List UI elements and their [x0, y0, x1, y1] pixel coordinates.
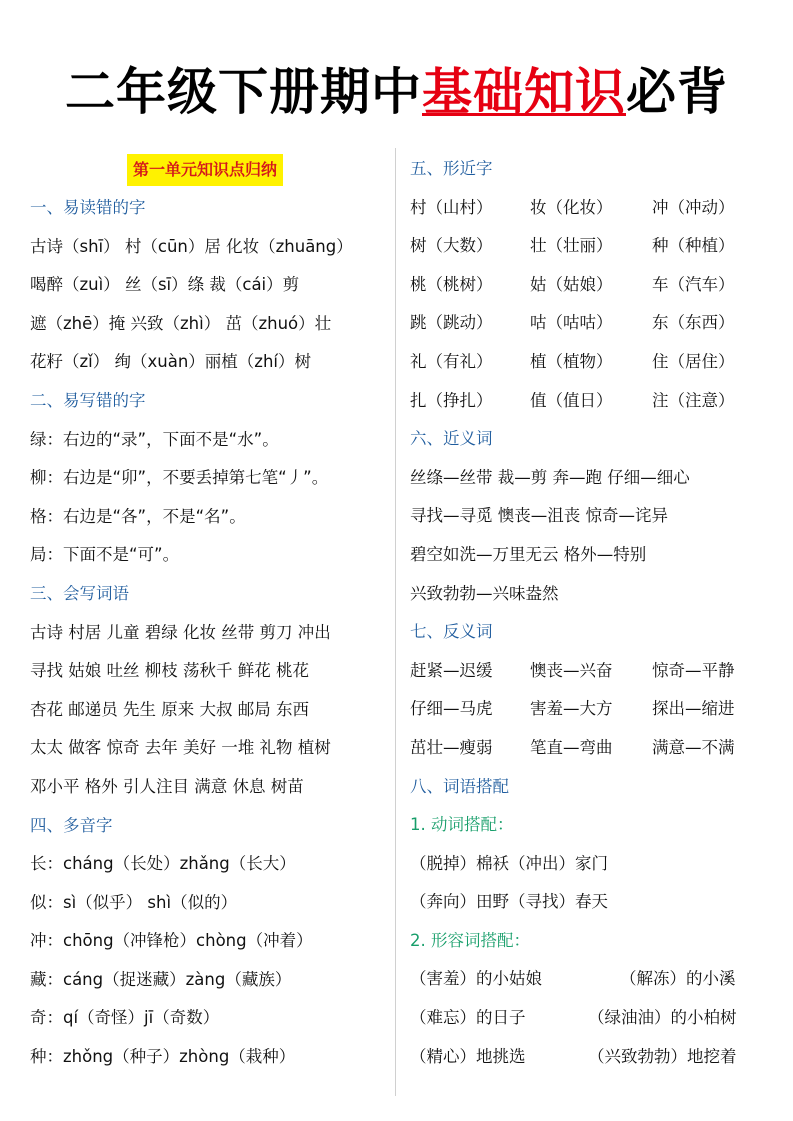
list-item: 寻找—寻觅 懊丧—沮丧 惊奇—诧异 — [410, 497, 780, 536]
cell: 壮（壮丽） — [530, 227, 652, 266]
section-heading: 一、易读错的字 — [30, 189, 385, 228]
list-item: 兴致勃勃—兴味盎然 — [410, 575, 780, 614]
title-part2: 必背 — [626, 63, 728, 121]
cell: 跳（跳动） — [410, 304, 530, 343]
cell: 探出—缩进 — [652, 690, 772, 729]
table-row: 桃（桃树）姑（姑娘）车（汽车） — [410, 266, 780, 305]
cell: 值（值日） — [530, 382, 652, 421]
list-item: （脱掉）棉袄（冲出）家门 — [410, 845, 780, 884]
cell: 树（大数） — [410, 227, 530, 266]
page-title: 二年级下册期中基础知识必背 — [0, 62, 793, 122]
cell: 植（植物） — [530, 343, 652, 382]
cell: 礼（有礼） — [410, 343, 530, 382]
list-item: 局：下面不是“可”。 — [30, 536, 385, 575]
cell: 害羞—大方 — [530, 690, 652, 729]
table-row: 礼（有礼）植（植物）住（居住） — [410, 343, 780, 382]
cell: 茁壮—瘦弱 — [410, 729, 530, 768]
list-item: 藏：cáng（捉迷藏）zàng（藏族） — [30, 961, 385, 1000]
cell: （害羞）的小姑娘 — [410, 960, 620, 999]
column-divider — [395, 148, 396, 1096]
cell: （兴致勃勃）地挖着 — [588, 1038, 737, 1077]
cell: 笔直—弯曲 — [530, 729, 652, 768]
cell: （精心）地挑选 — [410, 1038, 588, 1077]
table-row: 仔细—马虎害羞—大方探出—缩进 — [410, 690, 780, 729]
list-item: 杏花 邮递员 先生 原来 大叔 邮局 东西 — [30, 691, 385, 730]
table-row: 村（山村）妆（化妆）冲（冲动） — [410, 189, 780, 228]
list-item: 种：zhǒng（种子）zhòng（栽种） — [30, 1038, 385, 1077]
cell: 东（东西） — [652, 304, 772, 343]
section-heading: 八、词语搭配 — [410, 768, 780, 807]
list-item: 丝绦—丝带 裁—剪 奔—跑 仔细—细心 — [410, 459, 780, 498]
table-row: 跳（跳动）咕（咕咕）东（东西） — [410, 304, 780, 343]
cell: 种（种植） — [652, 227, 772, 266]
list-item: 绿：右边的“录”，下面不是“水”。 — [30, 421, 385, 460]
list-item: 冲：chōng（冲锋枪）chòng（冲着） — [30, 922, 385, 961]
section-heading: 三、会写词语 — [30, 575, 385, 614]
list-item: 喝醉（zuì） 丝（sī）绦 裁（cái）剪 — [30, 266, 385, 305]
cell: 赶紧—迟缓 — [410, 652, 530, 691]
table-row: （精心）地挑选（兴致勃勃）地挖着 — [410, 1038, 780, 1077]
cell: （解冻）的小溪 — [620, 960, 736, 999]
unit-tag: 第一单元知识点归纳 — [127, 154, 283, 186]
list-item: 奇：qí（奇怪）jī（奇数） — [30, 999, 385, 1038]
list-item: 古诗 村居 儿童 碧绿 化妆 丝带 剪刀 冲出 — [30, 614, 385, 653]
cell: 懊丧—兴奋 — [530, 652, 652, 691]
list-item: 古诗（shī） 村（cūn）居 化妆（zhuāng） — [30, 228, 385, 267]
cell: 咕（咕咕） — [530, 304, 652, 343]
list-item: 寻找 姑娘 吐丝 柳枝 荡秋千 鲜花 桃花 — [30, 652, 385, 691]
list-item: 格：右边是“各”，不是“名”。 — [30, 498, 385, 537]
list-item: 似：sì（似乎） shì（似的） — [30, 884, 385, 923]
subsection-heading: 1. 动词搭配： — [410, 806, 780, 845]
title-part1: 二年级下册期中 — [65, 63, 422, 121]
list-item: 邓小平 格外 引人注目 满意 休息 树苗 — [30, 768, 385, 807]
cell: 扎（挣扎） — [410, 382, 530, 421]
section-heading: 七、反义词 — [410, 613, 780, 652]
cell: 妆（化妆） — [530, 189, 652, 228]
subsection-heading: 2. 形容词搭配： — [410, 922, 780, 961]
cell: 车（汽车） — [652, 266, 772, 305]
table-row: 扎（挣扎）值（值日）注（注意） — [410, 382, 780, 421]
right-column: 五、形近字 村（山村）妆（化妆）冲（冲动） 树（大数）壮（壮丽）种（种植） 桃（… — [410, 150, 780, 1076]
cell: 注（注意） — [652, 382, 772, 421]
list-item: 长：cháng（长处）zhǎng（长大） — [30, 845, 385, 884]
cell: （难忘）的日子 — [410, 999, 588, 1038]
cell: 仔细—马虎 — [410, 690, 530, 729]
cell: 冲（冲动） — [652, 189, 772, 228]
section-heading: 四、多音字 — [30, 807, 385, 846]
list-item: 碧空如洗—万里无云 格外—特别 — [410, 536, 780, 575]
cell: （绿油油）的小柏树 — [588, 999, 737, 1038]
section-heading: 五、形近字 — [410, 150, 780, 189]
title-highlight: 基础知识 — [422, 63, 626, 121]
table-row: （难忘）的日子（绿油油）的小柏树 — [410, 999, 780, 1038]
table-row: 茁壮—瘦弱笔直—弯曲满意—不满 — [410, 729, 780, 768]
list-item: 太太 做客 惊奇 去年 美好 一堆 礼物 植树 — [30, 729, 385, 768]
cell: 姑（姑娘） — [530, 266, 652, 305]
table-row: 赶紧—迟缓懊丧—兴奋惊奇—平静 — [410, 652, 780, 691]
list-item: 花籽（zǐ） 绚（xuàn）丽植（zhí）树 — [30, 343, 385, 382]
section-heading: 六、近义词 — [410, 420, 780, 459]
cell: 惊奇—平静 — [652, 652, 772, 691]
left-column: 第一单元知识点归纳 一、易读错的字 古诗（shī） 村（cūn）居 化妆（zhu… — [30, 150, 385, 1077]
list-item: 遮（zhē）掩 兴致（zhì） 茁（zhuó）壮 — [30, 305, 385, 344]
cell: 满意—不满 — [652, 729, 772, 768]
cell: 桃（桃树） — [410, 266, 530, 305]
section-heading: 二、易写错的字 — [30, 382, 385, 421]
list-item: 柳：右边是“卯”，不要丢掉第七笔“丿”。 — [30, 459, 385, 498]
list-item: （奔向）田野（寻找）春天 — [410, 883, 780, 922]
table-row: （害羞）的小姑娘（解冻）的小溪 — [410, 960, 780, 999]
table-row: 树（大数）壮（壮丽）种（种植） — [410, 227, 780, 266]
cell: 住（居住） — [652, 343, 772, 382]
cell: 村（山村） — [410, 189, 530, 228]
